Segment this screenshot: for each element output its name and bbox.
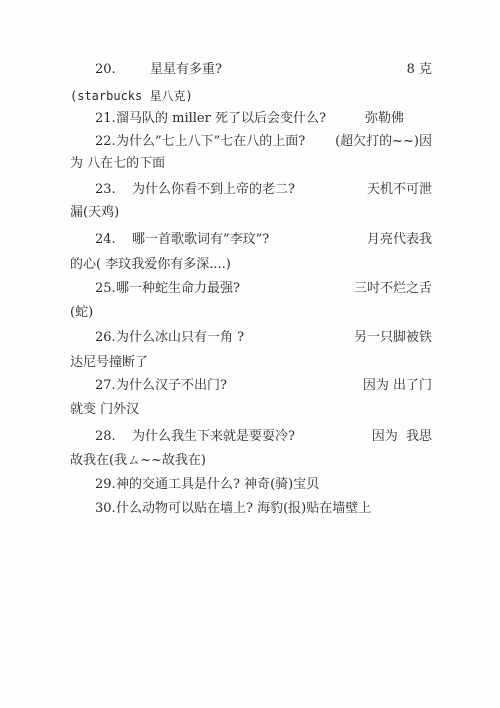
riddle-21-line: 21. 溜马队的 miller 死了以后会变什么? 弥勒佛 — [72, 109, 432, 129]
riddle-24-line: 24. 哪一首歌歌词有”李玟”? 月亮代表我 — [72, 230, 432, 250]
riddle-22-line: 22. 为什么”七上八下”七在八的上面? (超欠打的~~)因 — [72, 132, 432, 152]
riddle-22-continuation: 为 八在七的下面 — [70, 154, 430, 174]
riddle-question: 溜马队的 miller 死了以后会变什么? — [116, 109, 326, 129]
riddle-question: 为什么我生下来就是要耍冷? — [132, 427, 295, 447]
riddle-question: 为什么你看不到上帝的老二? — [132, 180, 295, 200]
riddle-answer-continued: 漏(天鸡) — [70, 203, 119, 223]
riddle-number: 21. — [95, 109, 116, 129]
riddle-27-continuation: 就变 门外汉 — [70, 400, 430, 420]
riddle-question: 为什么冰山只有一角 ? — [116, 328, 244, 348]
riddle-number: 27. — [95, 376, 116, 396]
riddle-question: 神的交通工具是什么? 神奇(骑)宝贝 — [116, 475, 319, 495]
riddle-27-line: 27. 为什么汉子不出门? 因为 出了门 — [72, 376, 432, 396]
riddle-number: 25. — [95, 279, 116, 299]
riddle-question: 为什么汉子不出门? — [116, 376, 227, 396]
riddle-answer-continued: 达尼号撞断了 — [70, 353, 148, 373]
riddle-24-continuation: 的心( 李玟我爱你有多深....) — [70, 255, 430, 275]
riddle-25-line: 25. 哪一种蛇生命力最强? 三吋不烂之舌 — [72, 279, 432, 299]
riddle-answer-continued: 的心( 李玟我爱你有多深....) — [70, 255, 231, 275]
riddle-20-line: 20. 星星有多重? 8 克 — [72, 60, 432, 80]
riddle-question: 哪一种蛇生命力最强? — [116, 279, 240, 299]
riddle-answer: (超欠打的~~)因 — [335, 132, 432, 152]
riddle-30-line: 30. 什么动物可以贴在墙上? 海豹(报)贴在墙壁上 — [72, 499, 432, 519]
riddle-number: 24. — [95, 230, 116, 250]
riddle-question: 哪一首歌歌词有”李玟”? — [132, 230, 269, 250]
riddle-number: 23. — [95, 180, 116, 200]
riddle-answer: 三吋不烂之舌 — [354, 279, 432, 299]
riddle-answer: 另一只脚被铁 — [354, 328, 432, 348]
riddle-answer-continued: 为 八在七的下面 — [70, 154, 165, 174]
riddle-23-line: 23. 为什么你看不到上帝的老二? 天机不可泄 — [72, 180, 432, 200]
riddle-answer: 因为 我思 — [372, 427, 432, 447]
riddle-question: 为什么”七上八下”七在八的上面? — [116, 132, 305, 152]
riddle-28-continuation: 故我在(我ㄙ~~故我在) — [70, 451, 430, 471]
riddle-number: 26. — [95, 328, 116, 348]
riddle-number: 22. — [95, 132, 116, 152]
riddle-20-continuation: (starbucks 星八克) — [70, 86, 430, 106]
riddle-25-continuation: (蛇) — [70, 303, 430, 323]
riddle-23-continuation: 漏(天鸡) — [70, 203, 430, 223]
riddle-answer: 天机不可泄 — [367, 180, 432, 200]
riddle-29-line: 29. 神的交通工具是什么? 神奇(骑)宝贝 — [72, 475, 432, 495]
riddle-answer-continued: 故我在(我ㄙ~~故我在) — [70, 451, 206, 471]
riddle-answer: 8 克 — [407, 60, 432, 80]
riddle-26-continuation: 达尼号撞断了 — [70, 353, 430, 373]
riddle-answer-continued: (蛇) — [70, 303, 93, 323]
riddle-answer: 弥勒佛 — [365, 109, 404, 129]
riddle-number: 20. — [95, 60, 116, 80]
riddle-26-line: 26. 为什么冰山只有一角 ? 另一只脚被铁 — [72, 328, 432, 348]
riddle-28-line: 28. 为什么我生下来就是要耍冷? 因为 我思 — [72, 427, 432, 447]
riddle-answer: 月亮代表我 — [367, 230, 432, 250]
riddle-answer-continued: (starbucks 星八克) — [70, 86, 193, 106]
riddle-question: 星星有多重? — [150, 60, 222, 80]
riddle-number: 29. — [95, 475, 116, 495]
riddle-answer-continued: 就变 门外汉 — [70, 400, 139, 420]
riddle-number: 28. — [95, 427, 116, 447]
riddle-answer: 因为 出了门 — [363, 376, 432, 396]
riddle-number: 30. — [95, 499, 116, 519]
riddle-question: 什么动物可以贴在墙上? 海豹(报)贴在墙壁上 — [116, 499, 371, 519]
document-page: 20. 星星有多重? 8 克 (starbucks 星八克) 21. 溜马队的 … — [0, 0, 500, 708]
